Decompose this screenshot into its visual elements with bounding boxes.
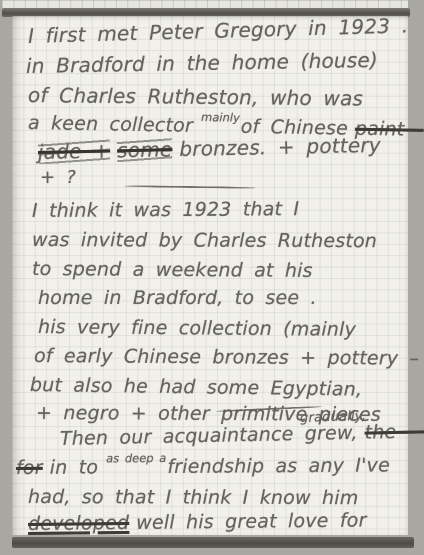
handwritten-text: was invited by Charles Rutheston (32, 229, 377, 252)
handwritten-text: his very fine collection (mainly (38, 316, 356, 341)
handwritten-text: of Charles Rutheston, who was (28, 83, 363, 111)
handwritten-text: for (16, 457, 43, 479)
handwritten-text: Then our acquaintance grew, (60, 422, 358, 450)
manuscript-line: was invited by Charles Rutheston (32, 229, 384, 252)
manuscript-line: forin toas deep afriendship as any I've (16, 454, 397, 479)
handwritten-text: friendship as any I've (167, 454, 390, 478)
bottom-edge-shadow (12, 537, 414, 548)
handwritten-text: in to (50, 456, 99, 478)
manuscript-line: of Charles Rutheston, who was (28, 83, 370, 111)
handwritten-text: home in Bradford, to see . (38, 287, 317, 309)
manuscript-line: + ? (40, 167, 83, 188)
handwritten-text: developed (28, 512, 129, 535)
manuscript-line: Then our acquaintance grew,the — (60, 420, 424, 450)
handwritten-text: had, so that I think I know him (28, 486, 359, 509)
manuscript-line: to spend a weekend at his (32, 258, 320, 282)
handwritten-text: + ? (40, 167, 76, 188)
handwritten-text: as deep a (106, 451, 166, 465)
manuscript-line: jade +somebronzes. + pottery (38, 133, 388, 164)
manuscript-line: I first met Peter Gregory in 1923 . (28, 13, 416, 48)
handwritten-text: to spend a weekend at his (32, 258, 313, 282)
manuscript-line: his very fine collection (mainly (38, 316, 363, 341)
handwritten-text: I first met Peter Gregory in 1923 . (28, 13, 409, 48)
divider-stroke (124, 185, 256, 189)
manuscript-line: developedwell his great love for (28, 509, 374, 535)
handwritten-text: jade + (38, 138, 111, 164)
handwritten-text: but also he had some Egyptian, (30, 374, 362, 401)
handwritten-text: some (117, 137, 173, 162)
manuscript-line: but also he had some Egyptian, (30, 374, 369, 401)
manuscript-line: I think it was 1923 that I (32, 198, 306, 222)
handwritten-text: I think it was 1923 that I (32, 198, 299, 222)
manuscript-line: had, so that I think I know him (28, 486, 366, 509)
manuscript-line: in Bradford in the home (house) (26, 48, 385, 78)
handwritten-text: in Bradford in the home (house) (26, 48, 378, 78)
handwritten-text: of early Chinese bronzes + pottery – (34, 345, 419, 370)
manuscript-line: home in Bradford, to see . (38, 287, 324, 309)
handwritten-text: bronzes. + pottery (179, 133, 381, 161)
manuscript-line: of early Chinese bronzes + pottery – (34, 345, 424, 370)
handwritten-text: well his great love for (136, 509, 367, 533)
handwritten-text: a keen collector (28, 112, 193, 137)
scanned-notebook-page: I first met Peter Gregory in 1923 .in Br… (0, 0, 424, 555)
handwritten-text: the — (364, 420, 424, 443)
squared-paper-page: I first met Peter Gregory in 1923 .in Br… (12, 16, 408, 535)
handwritten-text: mainly (201, 110, 240, 125)
